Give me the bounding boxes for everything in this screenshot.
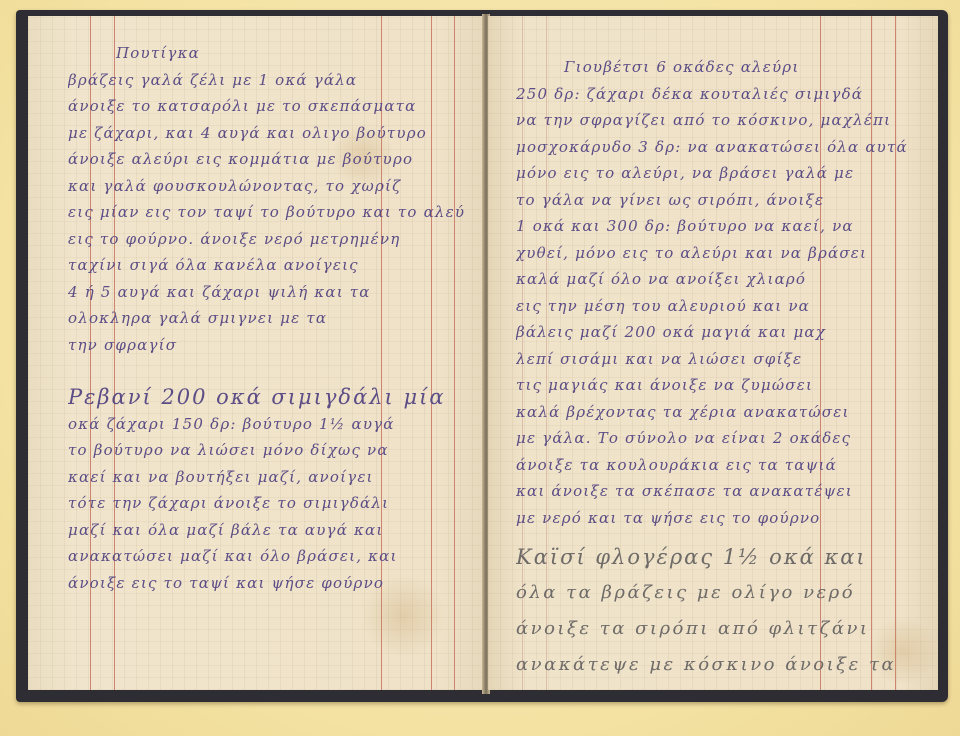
recipe-line: μαζί και όλα μαζί βάλε τα αυγά και (68, 517, 464, 544)
recipe-line: οκά ζάχαρι 150 δρ: βούτυρο 1½ αυγά (68, 411, 464, 438)
recipe-line: εις το φούρνο. άνοιξε νερό μετρημένη (68, 226, 464, 253)
recipe-line: καλά βρέχοντας τα χέρια ανακατώσει (516, 399, 926, 426)
recipe-line: με ζάχαρι, και 4 αυγά και ολιγο βούτυρο (68, 120, 464, 147)
recipe-line: όλα τα βράζεις με ολίγο νερό (516, 575, 926, 611)
recipe-title: Γιουβέτσι 6 οκάδες αλεύρι (516, 54, 926, 81)
recipe-title: Πουτίγκα (68, 40, 464, 67)
right-page: Γιουβέτσι 6 οκάδες αλεύρι 250 δρ: ζάχαρι… (488, 16, 938, 690)
recipe-line: εις την μέση του αλευριού και να (516, 293, 926, 320)
recipe-line: και γαλά φουσκουλώνοντας, το χωρίζ (68, 173, 464, 200)
recipe-title: Καϊσί φλογέρας 1½ οκά και (516, 539, 926, 575)
recipe-line: βάλεις μαζί 200 οκά μαγιά και μαχ (516, 319, 926, 346)
pencil-recipe: Καϊσί φλογέρας 1½ οκά και όλα τα βράζεις… (516, 539, 926, 690)
recipe-title: Ρεβανί 200 οκά σιμιγδάλι μία (68, 384, 464, 411)
recipe-line: ανακάτεψε με κόσκινο άνοιξε τα (516, 647, 926, 683)
recipe-line: 250 δρ: ζάχαρι δέκα κουταλιές σιμιγδά (516, 81, 926, 108)
recipe-line: καλά μαζί όλο να ανοίξει χλιαρό (516, 266, 926, 293)
recipe-line: το γάλα να γίνει ως σιρόπι, άνοιξε (516, 187, 926, 214)
recipe-line: άνοιξε εις το ταψί και ψήσε φούρνο (68, 570, 464, 597)
recipe-line: εις μίαν εις τον ταψί το βούτυρο και το … (68, 199, 464, 226)
recipe-line: άνοιξε αλεύρι εις κομμάτια με βούτυρο (68, 146, 464, 173)
recipe-line: χυθεί, μόνο εις το αλεύρι και να βράσει (516, 240, 926, 267)
recipe-line: 4 ή 5 αυγά και ζάχαρι ψιλή και τα (68, 279, 464, 306)
recipe-line: το βούτυρο να λιώσει μόνο δίχως να (68, 437, 464, 464)
recipe-line: και άνοιξε τα σκέπασε τα ανακατέψει (516, 478, 926, 505)
recipe-line: μόνο εις το αλεύρι, να βράσει γαλά με (516, 160, 926, 187)
right-page-text: Γιουβέτσι 6 οκάδες αλεύρι 250 δρ: ζάχαρι… (516, 54, 926, 690)
recipe-line: με γάλα. Το σύνολο να είναι 2 οκάδες (516, 425, 926, 452)
recipe-line: μοσχοκάρυδο 3 δρ: να ανακατώσει όλα αυτά (516, 134, 926, 161)
recipe-line: τότε την ζάχαρι άνοιξε το σιμιγδάλι (68, 490, 464, 517)
recipe-line: 1 οκά και 300 δρ: βούτυρο να καεί, να (516, 213, 926, 240)
recipe-line: λεπί σισάμι και να λιώσει σφίξε (516, 346, 926, 373)
left-page-text: Πουτίγκα βράζεις γαλά ζέλι με 1 οκά γάλα… (68, 40, 464, 596)
recipe-line: να την σφραγίζει από το κόσκινο, μαχλέπι (516, 107, 926, 134)
recipe-line: ταχίνι σιγά όλα κανέλα ανοίγεις (68, 252, 464, 279)
recipe-line: ανακατώσει μαζί και όλο βράσει, και (68, 543, 464, 570)
recipe-line: άνοιξε το κατσαρόλι με το σκεπάσματα (68, 93, 464, 120)
recipe-line: να βράσει με 1 οκά ζάχαρι (516, 683, 926, 690)
recipe-line: καεί και να βουτήξει μαζί, ανοίγει (68, 464, 464, 491)
recipe-line: την σφραγίσ (68, 332, 464, 359)
left-page: Πουτίγκα βράζεις γαλά ζέλι με 1 οκά γάλα… (28, 16, 484, 690)
recipe-line: άνοιξε τα σιρόπι από φλιτζάνι (516, 611, 926, 647)
recipe-line: τις μαγιάς και άνοιξε να ζυμώσει (516, 372, 926, 399)
recipe-line: βράζεις γαλά ζέλι με 1 οκά γάλα (68, 67, 464, 94)
recipe-line: με νερό και τα ψήσε εις το φούρνο (516, 505, 926, 532)
recipe-line: ολοκληρα γαλά σμιγνει με τα (68, 305, 464, 332)
recipe-line: άνοιξε τα κουλουράκια εις τα ταψιά (516, 452, 926, 479)
